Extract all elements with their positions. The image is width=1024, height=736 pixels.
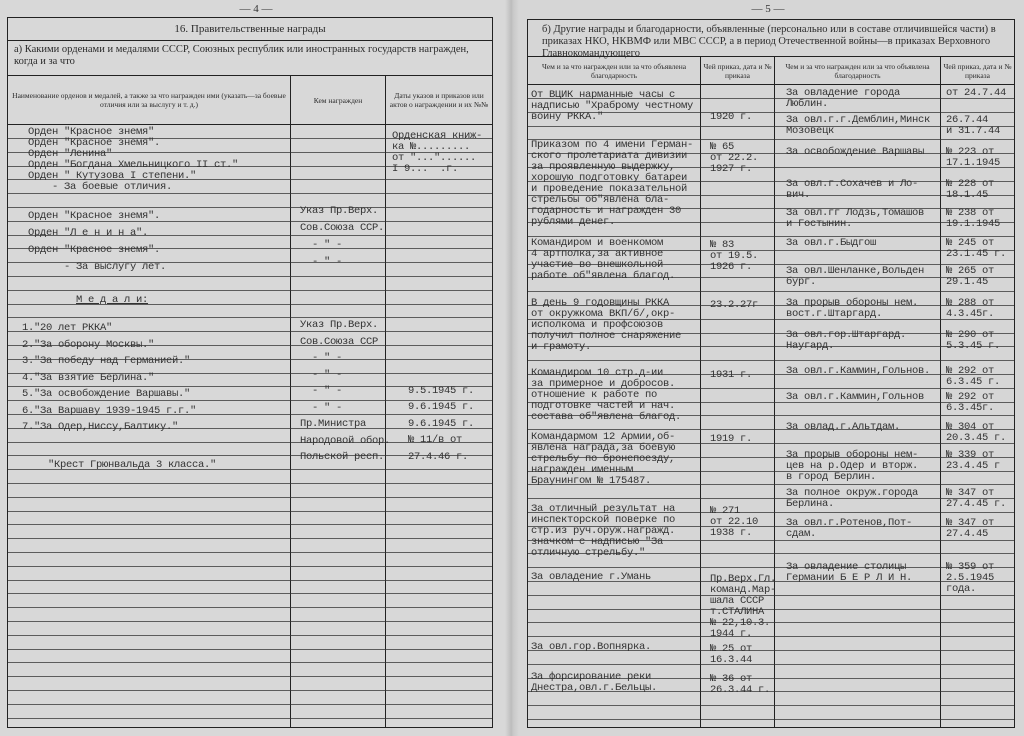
order-ref-line: 29.1.45 <box>946 277 988 288</box>
award-reason-line: За овл.г.Каммин,Гольнов. <box>786 366 930 377</box>
order-ref-line: года. <box>946 584 976 595</box>
award-reason-line: Германии Б Е Р Л И Н. <box>786 573 912 584</box>
medal-name: 1."20 лет РККА" <box>22 323 112 334</box>
order-ref-line: от 24.7.44 <box>946 88 1006 99</box>
award-reason-line: За овл.гор.Вопнярка. <box>531 642 651 653</box>
award-reason-line: За овладение г.Умань <box>531 572 651 583</box>
decree-date: 9.6.1945 г. <box>408 402 474 413</box>
awarded-by: Указ Пр.Верх. <box>300 320 378 331</box>
column-header-order-2: Чей приказ, дата и № приказа <box>941 57 1014 84</box>
award-reason-line: вост.г.Штаргард. <box>786 309 882 320</box>
order-ref-line: 19.1.1945 <box>946 219 1000 230</box>
order-ref-line: 23.1.45 г. <box>946 249 1006 260</box>
award-reason-line: Браунингом № 175487. <box>531 476 651 487</box>
order-ref-line: 6.3.45г. <box>946 403 994 414</box>
award-reason-line: За освобождение Варшавы <box>786 147 924 158</box>
awarded-by: Польской респ. <box>300 452 384 463</box>
subsection-a-heading: а) Какими орденами и медалями СССР, Союз… <box>8 40 492 76</box>
awarded-by: Народовой обор. <box>300 436 390 447</box>
award-reason-line: состава об"явлена благод. <box>531 412 681 423</box>
award-reason-line: За овлад.г.Альтдам. <box>786 422 900 433</box>
awarded-by: - " - <box>300 403 342 414</box>
award-name: Орден "Л е н и н а". <box>28 228 148 239</box>
award-reason-line: отличную стрельбу." <box>531 548 645 559</box>
award-reason-line: в город Берлин. <box>786 472 876 483</box>
order-ref-line: 1944 г. <box>710 629 752 640</box>
order-ref-line: 1938 г. <box>710 528 752 539</box>
awarded-by: Пр.Министра <box>300 419 366 430</box>
award-reason-line: воину РККА." <box>531 112 603 123</box>
medal-name: 6."За Варшаву 1939-1945 г.г." <box>22 406 196 417</box>
awarded-by: - " - <box>300 257 342 268</box>
column-header-award-name: Наименование орденов и медалей, а также … <box>8 76 290 124</box>
awards-table-frame: 16. Правительственные награды а) Какими … <box>7 17 493 728</box>
award-name: Орден "Красное знемя". <box>28 245 160 256</box>
award-reason-line: За овл.г.Быдгош <box>786 238 876 249</box>
award-reason-line: Люблин. <box>786 99 828 110</box>
column-header-order-1: Чей приказ, дата и № приказа <box>701 57 774 84</box>
right-page: — 5 — б) Другие награды и благодарности,… <box>512 0 1024 736</box>
order-ref-line: 4.3.45г. <box>946 309 994 320</box>
order-ref-line: 27.4.45 <box>946 529 988 540</box>
order-ref-line: 1920 г. <box>710 112 752 123</box>
order-ref-line: 5.3.45 г. <box>946 341 1000 352</box>
award-name: - За выслугу лет. <box>28 262 166 273</box>
medal-name: 4."За взятие Берлина." <box>22 373 154 384</box>
page-number-5: — 5 — <box>512 3 1024 15</box>
awarded-by: Сов.Союза ССР <box>300 337 378 348</box>
column-divider <box>385 76 386 727</box>
medals-heading: М е д а л и: <box>76 295 148 306</box>
decree-date: № 11/в от <box>408 435 462 446</box>
medal-name: 3."За победу над Германией." <box>22 356 190 367</box>
medal-name: 2."За оборону Москвы." <box>22 340 154 351</box>
page-number-4: — 4 — <box>0 3 512 15</box>
order-ref-line: 18.1.45 <box>946 190 988 201</box>
medal-name: 7."За Одер,Ниссу,Балтику." <box>22 422 178 433</box>
order-ref-line: 1919 г. <box>710 434 752 445</box>
subsection-b-heading: б) Другие награды и благодарности, объяв… <box>528 20 1014 57</box>
grunwald-cross: "Крест Грюнвальда 3 класса." <box>48 460 216 471</box>
award-reason-line: и Гостынин. <box>786 219 852 230</box>
award-reason-line: Мозовецк <box>786 126 834 137</box>
order-ref-line: 27.4.45 г. <box>946 499 1006 510</box>
column-header-reason-2: Чем и за что награжден или за что объявл… <box>775 57 940 84</box>
order-ref-line: 26.3.44 г. <box>710 685 770 696</box>
decree-date: 9.6.1945 г. <box>408 419 474 430</box>
order-ref-line: 1931 г. <box>710 370 752 381</box>
decree-date: I 9... .г. <box>392 164 458 175</box>
order-ref-line: 16.3.44 <box>710 655 752 666</box>
section-title: 16. Правительственные награды <box>8 18 492 41</box>
award-reason-line: сдам. <box>786 529 816 540</box>
column-divider <box>290 76 291 727</box>
order-ref-line: 20.3.45 г. <box>946 433 1006 444</box>
order-ref-line: 1926 г. <box>710 262 752 273</box>
awarded-by: Сов.Союза ССР. <box>300 223 384 234</box>
medal-name: 5."За освобождение Варшавы." <box>22 389 190 400</box>
other-awards-frame: б) Другие награды и благодарности, объяв… <box>527 19 1015 728</box>
awarded-by: - " - <box>300 386 342 397</box>
awarded-by: Указ Пр.Верх. <box>300 206 378 217</box>
column-header-decree-date: Даты указов и приказов или актов о награ… <box>386 76 492 124</box>
award-reason-line: вич. <box>786 190 810 201</box>
column-header-awarded-by: Кем награжден <box>291 76 385 124</box>
awarded-by: - " - <box>300 370 342 381</box>
award-reason-line: За овл.г.Каммин,Гольнов <box>786 392 924 403</box>
order-ref-line: 1927 г. <box>710 164 752 175</box>
decree-date: 27.4.46 г. <box>408 452 468 463</box>
left-page: — 4 — 16. Правительственные награды а) К… <box>0 0 512 736</box>
award-name: Орден "Красное знемя". <box>28 211 160 222</box>
order-ref-line: 23.4.45 г <box>946 461 1000 472</box>
award-reason-line: бург. <box>786 277 816 288</box>
order-ref-line: 23.2.27г <box>710 300 758 311</box>
decree-date: 9.5.1945 г. <box>408 386 474 397</box>
column-header-reason-1: Чем и за что награжден или за что объявл… <box>528 57 700 84</box>
award-reason-line: Берлина. <box>786 499 834 510</box>
awarded-by: - " - <box>300 353 342 364</box>
order-ref-line: 6.3.45 г. <box>946 377 1000 388</box>
order-ref-line: 17.1.1945 <box>946 158 1000 169</box>
award-name: - За боевые отличия. <box>28 182 172 193</box>
award-reason-line: рублями денег. <box>531 217 615 228</box>
award-reason-line: Днестра,овл.г.Бельцы. <box>531 683 657 694</box>
book-gutter <box>505 0 519 736</box>
awarded-by: - " - <box>300 240 342 251</box>
award-reason-line: и грамоту. <box>531 342 591 353</box>
award-reason-line: работе об"явлена благод. <box>531 271 675 282</box>
order-ref-line: и 31.7.44 <box>946 126 1000 137</box>
award-reason-line: Наугард. <box>786 341 834 352</box>
